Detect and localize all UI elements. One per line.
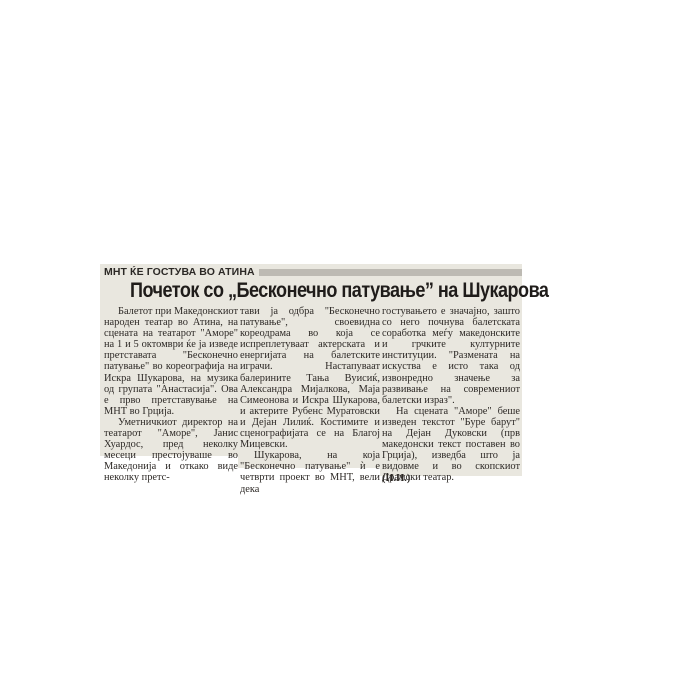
paragraph: гостувањето е значајно, зашто со него по… xyxy=(382,306,520,406)
paragraph: Балетот при Македонскиот народен театар … xyxy=(104,306,238,417)
kicker-rule xyxy=(259,269,522,276)
article-column-1: Балетот при Македонскиот народен театар … xyxy=(102,306,240,456)
article-column-3: гостувањето е значајно, зашто со него по… xyxy=(380,306,522,476)
kicker-row: МНТ ЌЕ ГОСТУВА ВО АТИНА xyxy=(100,264,522,280)
kicker-label: МНТ ЌЕ ГОСТУВА ВО АТИНА xyxy=(100,266,259,278)
article-column-2: тави ја одбра "Бесконечно патување", сво… xyxy=(238,306,382,468)
paragraph: тави ја одбра "Бесконечно патување", сво… xyxy=(240,306,380,450)
paragraph: Уметничкиот директор на театарот "Аморе"… xyxy=(104,417,238,484)
paragraph: Шукарова, на која "Бесконечно патување" … xyxy=(240,450,380,494)
headline: Почеток со „Бесконечно патување” на Шука… xyxy=(130,279,465,303)
paragraph: На сцената "Аморе" беше изведен текстот … xyxy=(382,406,520,484)
